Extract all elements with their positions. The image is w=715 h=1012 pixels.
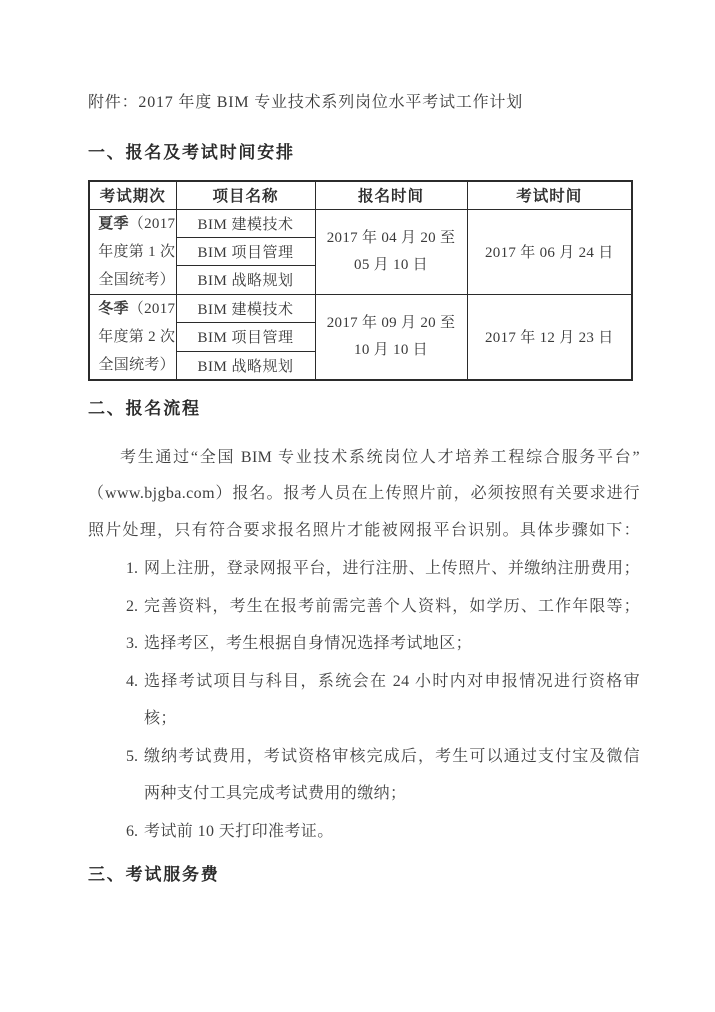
- list-number: 4.: [88, 663, 138, 738]
- project-cell: BIM 建模技术: [176, 209, 315, 237]
- document-page: 附件：2017 年度 BIM 专业技术系列岗位水平考试工作计划 一、报名及考试时…: [0, 0, 715, 1012]
- table-row: 冬季（2017 年度第 2 次 全国统考） BIM 建模技术 2017 年 09…: [89, 294, 632, 323]
- registration-intro-paragraph: 考生通过“全国 BIM 专业技术系统岗位人才培养工程综合服务平台” （www.b…: [88, 440, 640, 550]
- list-item-step-1: 1. 网上注册，登录网报平台，进行注册、上传照片、并缴纳注册费用；: [88, 550, 640, 588]
- list-item-step-5: 5. 缴纳考试费用，考试资格审核完成后，考生可以通过支付宝及微信 两种支付工具完…: [88, 738, 640, 813]
- attachment-title: 附件：2017 年度 BIM 专业技术系列岗位水平考试工作计划: [88, 93, 645, 113]
- list-number: 3.: [88, 625, 138, 663]
- registration-cell-summer: 2017 年 04 月 20 至 05 月 10 日: [315, 209, 467, 294]
- paragraph-line: 照片处理，只有符合要求报名照片才能被网报平台识别。具体步骤如下：: [88, 513, 640, 550]
- list-item-text: 缴纳考试费用，考试资格审核完成后，考生可以通过支付宝及微信 两种支付工具完成考试…: [144, 738, 640, 813]
- section-heading-registration-schedule: 一、报名及考试时间安排: [88, 143, 645, 163]
- paragraph-line: 考生通过“全国 BIM 专业技术系统岗位人才培养工程综合服务平台”: [88, 440, 640, 477]
- project-cell: BIM 建模技术: [176, 294, 315, 323]
- paragraph-line: （www.bjgba.com）报名。报考人员在上传照片前，必须按照有关要求进行: [88, 476, 640, 513]
- col-header-exam-period: 考试期次: [89, 181, 176, 209]
- col-header-registration-time: 报名时间: [315, 181, 467, 209]
- list-number: 2.: [88, 588, 138, 626]
- period-cell-summer: 夏季（2017 年度第 1 次 全国统考）: [89, 209, 176, 294]
- project-cell: BIM 战略规划: [176, 266, 315, 294]
- list-number: 1.: [88, 550, 138, 588]
- list-item-text: 考试前 10 天打印准考证。: [144, 813, 640, 851]
- registration-line: 10 月 10 日: [316, 337, 467, 364]
- section-heading-registration-process: 二、报名流程: [88, 399, 645, 419]
- period-line: 年度第 2 次: [98, 323, 176, 351]
- exam-schedule-table: 考试期次 项目名称 报名时间 考试时间 夏季（2017 年度第 1 次 全国统考…: [88, 180, 633, 381]
- period-line: 全国统考）: [98, 266, 176, 294]
- period-line: 冬季（2017: [98, 295, 176, 323]
- period-line: 夏季（2017: [98, 210, 176, 238]
- project-cell: BIM 战略规划: [176, 351, 315, 380]
- table-row: 夏季（2017 年度第 1 次 全国统考） BIM 建模技术 2017 年 04…: [89, 209, 632, 237]
- registration-cell-winter: 2017 年 09 月 20 至 10 月 10 日: [315, 294, 467, 380]
- col-header-project-name: 项目名称: [176, 181, 315, 209]
- list-item-step-3: 3. 选择考区，考生根据自身情况选择考试地区；: [88, 625, 640, 663]
- period-line: 年度第 1 次: [98, 238, 176, 266]
- period-line: 全国统考）: [98, 351, 176, 379]
- exam-date-cell-summer: 2017 年 06 月 24 日: [467, 209, 632, 294]
- list-item-text: 网上注册，登录网报平台，进行注册、上传照片、并缴纳注册费用；: [144, 550, 640, 588]
- list-number: 6.: [88, 813, 138, 851]
- col-header-exam-time: 考试时间: [467, 181, 632, 209]
- registration-line: 2017 年 09 月 20 至: [316, 310, 467, 337]
- project-cell: BIM 项目管理: [176, 323, 315, 352]
- period-cell-winter: 冬季（2017 年度第 2 次 全国统考）: [89, 294, 176, 380]
- section-heading-exam-service-fee: 三、考试服务费: [88, 865, 645, 885]
- exam-date-cell-winter: 2017 年 12 月 23 日: [467, 294, 632, 380]
- list-item-text: 选择考试项目与科目，系统会在 24 小时内对申报情况进行资格审 核；: [144, 663, 640, 738]
- list-item-text: 完善资料，考生在报考前需完善个人资料，如学历、工作年限等；: [144, 588, 640, 626]
- registration-line: 2017 年 04 月 20 至: [316, 225, 467, 252]
- list-item-step-4: 4. 选择考试项目与科目，系统会在 24 小时内对申报情况进行资格审 核；: [88, 663, 640, 738]
- list-item-text: 选择考区，考生根据自身情况选择考试地区；: [144, 625, 640, 663]
- list-item-step-6: 6. 考试前 10 天打印准考证。: [88, 813, 640, 851]
- project-cell: BIM 项目管理: [176, 237, 315, 265]
- list-item-step-2: 2. 完善资料，考生在报考前需完善个人资料，如学历、工作年限等；: [88, 588, 640, 626]
- registration-line: 05 月 10 日: [316, 252, 467, 279]
- list-number: 5.: [88, 738, 138, 813]
- registration-steps-list: 1. 网上注册，登录网报平台，进行注册、上传照片、并缴纳注册费用； 2. 完善资…: [88, 550, 640, 850]
- table-header-row: 考试期次 项目名称 报名时间 考试时间: [89, 181, 632, 209]
